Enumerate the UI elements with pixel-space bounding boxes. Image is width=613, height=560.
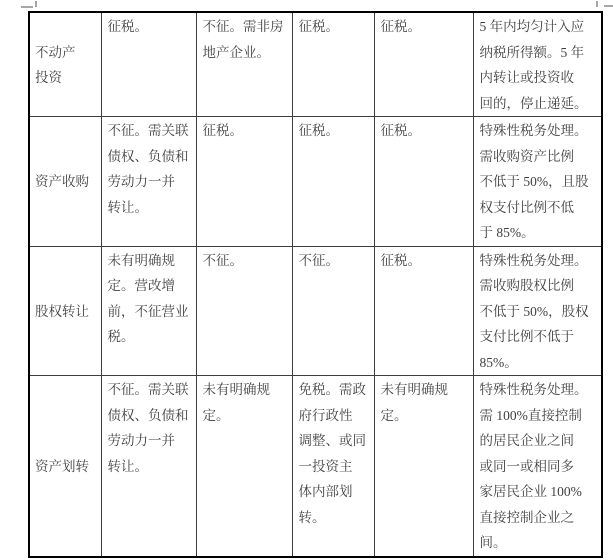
ruler-mark-right-horizontal xyxy=(604,5,613,7)
row-header-cell: 资产收购 xyxy=(29,117,101,247)
row-asset-acquisition: 资产收购 不征。需关联 债权、负债和 劳动力一并 转让。 征税。 征税。 征税。… xyxy=(29,117,602,247)
table-cell: 征税。 xyxy=(374,246,473,376)
table-cell: 征税。 xyxy=(101,12,196,117)
table-cell: 不征。需关联 债权、负债和 劳动力一并 转让。 xyxy=(101,117,196,247)
table-cell: 特殊性税务处理。 需 100%直接控制 的居民企业之间 或同一或相同多 家居民企… xyxy=(473,376,602,557)
table-cell: 征税。 xyxy=(374,117,473,247)
ruler-mark-left-horizontal xyxy=(21,6,33,8)
tax-treatment-table: 不动产 投资 征税。 不征。需非房 地产企业。 征税。 征税。 5 年内均匀计入… xyxy=(28,11,603,558)
table-cell: 未有明确规 定。 xyxy=(196,376,292,557)
document-page: 不动产 投资 征税。 不征。需非房 地产企业。 征税。 征税。 5 年内均匀计入… xyxy=(0,0,613,560)
table-cell: 征税。 xyxy=(292,12,374,117)
table-cell: 不征。 xyxy=(292,246,374,376)
row-equity-transfer: 股权转让 未有明确规 定。营改增 前，不征营业 税。 不征。 不征。 征税。 特… xyxy=(29,246,602,376)
table-cell: 征税。 xyxy=(374,12,473,117)
row-header-cell: 不动产 投资 xyxy=(29,12,101,117)
table-cell: 未有明确规 定。 xyxy=(374,376,473,557)
table-cell: 未有明确规 定。营改增 前，不征营业 税。 xyxy=(101,246,196,376)
row-header-cell: 资产划转 xyxy=(29,376,101,557)
table-cell: 征税。 xyxy=(292,117,374,247)
table-cell: 征税。 xyxy=(196,117,292,247)
ruler-mark-right-tick xyxy=(596,1,598,7)
table-cell: 5 年内均匀计入应 纳税所得额。5 年 内转让或投资收 回的，停止递延。 xyxy=(473,12,602,117)
table-cell: 免税。需政 府行政性 调整、或同 一投资主 体内部划 转。 xyxy=(292,376,374,557)
table-cell: 特殊性税务处理。 需收购资产比例 不低于 50%，且股 权支付比例不低 于 85… xyxy=(473,117,602,247)
ruler-mark-left-tick xyxy=(35,1,37,7)
row-asset-allocation-transfer: 资产划转 不征。需关联 债权、负债和 劳动力一并 转让。 未有明确规 定。 免税… xyxy=(29,376,602,557)
table-cell: 特殊性税务处理。 需收购股权比例 不低于 50%，股权 支付比例不低于 85%。 xyxy=(473,246,602,376)
row-header-cell: 股权转让 xyxy=(29,246,101,376)
table-cell: 不征。需关联 债权、负债和 劳动力一并 转让。 xyxy=(101,376,196,557)
table-cell: 不征。需非房 地产企业。 xyxy=(196,12,292,117)
table-cell: 不征。 xyxy=(196,246,292,376)
row-real-estate-investment: 不动产 投资 征税。 不征。需非房 地产企业。 征税。 征税。 5 年内均匀计入… xyxy=(29,12,602,117)
